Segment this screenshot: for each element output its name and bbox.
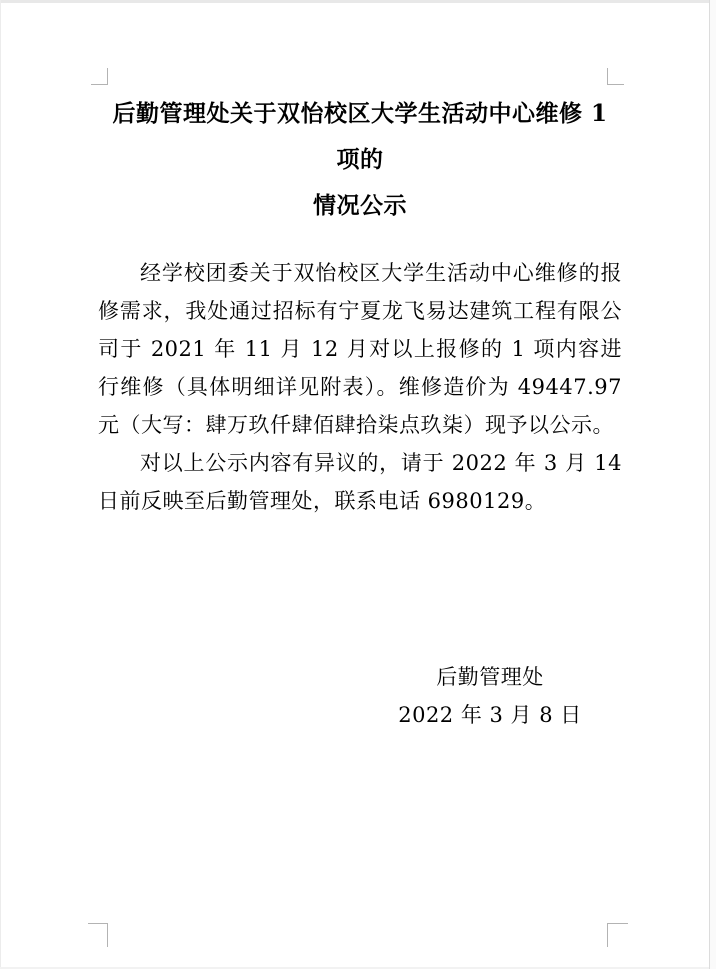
page-right-gutter <box>710 0 716 969</box>
text-boundary-mark-bottom-left <box>88 923 108 947</box>
signature-organization: 后勤管理处 <box>340 658 640 696</box>
page-edge-left <box>0 0 1 969</box>
page-edge-top <box>0 0 716 3</box>
text-boundary-mark-top-right <box>607 68 624 85</box>
document-title-line-1: 后勤管理处关于双怡校区大学生活动中心维修 1 项的 <box>98 91 622 183</box>
page-edge-right <box>709 0 710 969</box>
document-text-area: 后勤管理处关于双怡校区大学生活动中心维修 1 项的 情况公示 经学校团委关于双怡… <box>98 85 622 734</box>
document-title: 后勤管理处关于双怡校区大学生活动中心维修 1 项的 情况公示 <box>98 91 622 229</box>
text-boundary-mark-top-left <box>91 68 108 85</box>
signature-date: 2022 年 3 月 8 日 <box>340 696 640 734</box>
document-page: 后勤管理处关于双怡校区大学生活动中心维修 1 项的 情况公示 经学校团委关于双怡… <box>0 0 716 969</box>
text-boundary-mark-bottom-right <box>607 923 628 947</box>
document-title-line-2: 情况公示 <box>98 183 622 229</box>
paragraph-objection-contact: 对以上公示内容有异议的，请于 2022 年 3 月 14 日前反映至后勤管理处，… <box>98 444 622 520</box>
signature-block: 后勤管理处 2022 年 3 月 8 日 <box>340 658 640 734</box>
paragraph-repair-notice: 经学校团委关于双怡校区大学生活动中心维修的报修需求，我处通过招标有宁夏龙飞易达建… <box>98 254 622 444</box>
